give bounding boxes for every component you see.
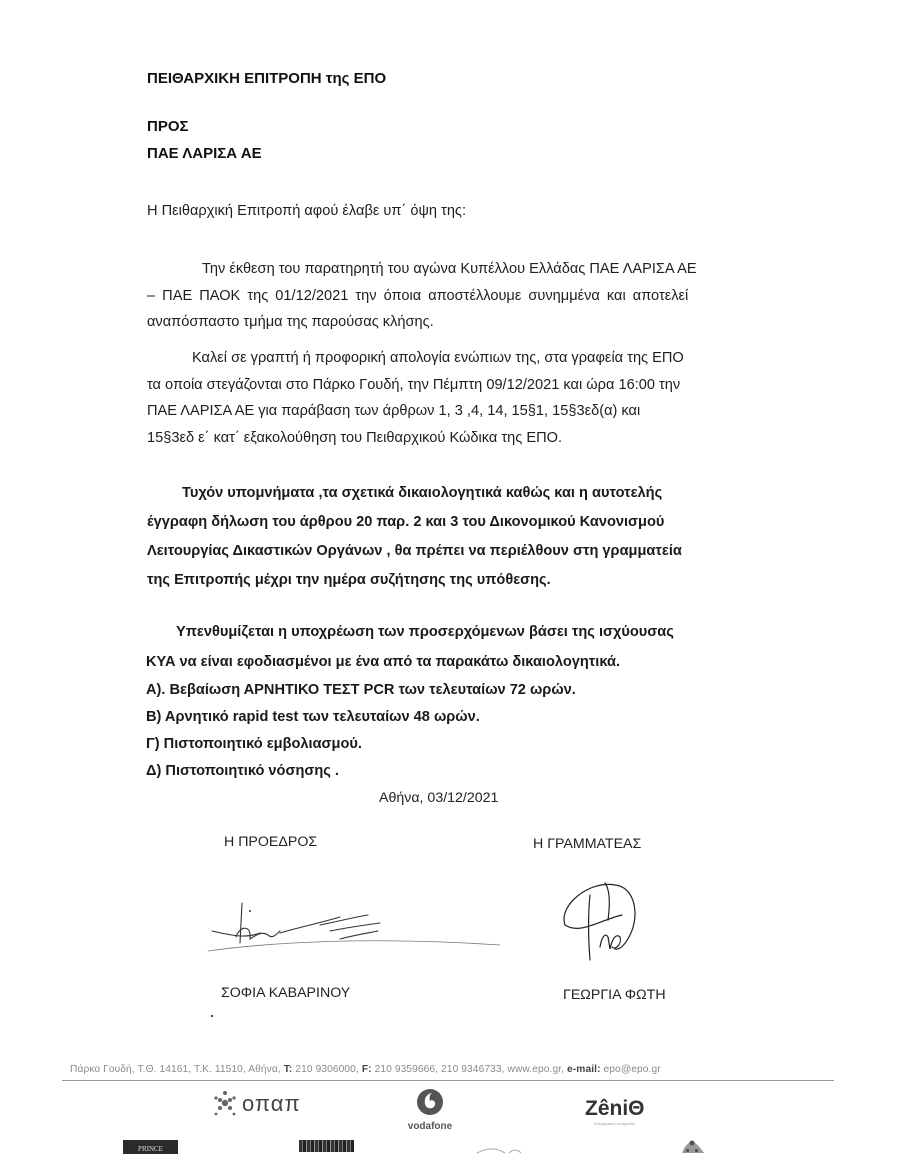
vodafone-logo: vodafone bbox=[405, 1088, 455, 1132]
secretary-title: Η ΓΡΑΜΜΑΤΕΑΣ bbox=[533, 836, 641, 852]
paragraph-memoranda: Τυχόν υπομνήματα ,τα σχετικά δικαιολογητ… bbox=[147, 479, 750, 595]
sponsor-logo-striped bbox=[299, 1140, 354, 1152]
stray-dot bbox=[211, 1015, 213, 1017]
intro-text: Η Πειθαρχική Επιτροπή αφού έλαβε υπ΄ όψη… bbox=[147, 198, 466, 224]
paragraph-line: τα οποία στεγάζονται στο Πάρκο Γουδή, τη… bbox=[147, 372, 747, 399]
vodafone-speechmark-icon bbox=[416, 1088, 444, 1116]
zenith-logo: ZêniΘ Ενεργειακές υπηρεσίες bbox=[585, 1097, 645, 1126]
recipient: ΠΑΕ ΛΑΡΙΣΑ ΑΕ bbox=[147, 145, 262, 162]
paragraph-line: 15§3εδ ε΄ κατ΄ εξακολούθηση του Πειθαρχι… bbox=[147, 425, 747, 452]
to-label: ΠΡΟΣ bbox=[147, 118, 189, 135]
paragraph-line: Τυχόν υπομνήματα ,τα σχετικά δικαιολογητ… bbox=[147, 479, 750, 508]
vodafone-text: vodafone bbox=[405, 1121, 455, 1132]
reminder-line: Υπενθυμίζεται η υποχρέωση των προσερχόμε… bbox=[176, 624, 674, 640]
footer-fax: 210 9359666, 210 9346733, www.epo.gr, bbox=[375, 1064, 565, 1075]
requirement-item: Β) Αρνητικό rapid test των τελευταίων 48… bbox=[146, 709, 480, 725]
prince-text: PRINCE bbox=[138, 1145, 163, 1153]
footer-email: epo@epo.gr bbox=[604, 1064, 661, 1075]
requirement-item: Α). Βεβαίωση ΑΡΝΗΤΙΚΟ ΤΕΣΤ PCR των τελευ… bbox=[146, 682, 576, 698]
president-title: Η ΠΡΟΕΔΡΟΣ bbox=[224, 834, 317, 850]
president-name: ΣΟΦΙΑ ΚΑΒΑΡΙΝΟΥ bbox=[221, 985, 350, 1001]
zenith-text: ZêniΘ bbox=[585, 1097, 645, 1121]
paragraph-line: της Επιτροπής μέχρι την ημέρα συζήτησης … bbox=[147, 566, 750, 595]
email-label: e-mail: bbox=[567, 1064, 601, 1075]
secretary-signature bbox=[560, 875, 650, 965]
place-date: Αθήνα, 03/12/2021 bbox=[379, 790, 498, 806]
opap-star-icon bbox=[212, 1090, 238, 1118]
paragraph-summons: Καλεί σε γραπτή ή προφορική απολογία ενώ… bbox=[147, 345, 747, 451]
footer-phone: 210 9306000, bbox=[295, 1064, 359, 1075]
opap-logo: οπαπ bbox=[212, 1090, 301, 1118]
opap-text: οπαπ bbox=[242, 1091, 301, 1117]
paragraph-line: έγγραφη δήλωση του άρθρου 20 παρ. 2 και … bbox=[147, 508, 750, 537]
paragraph-line: Λειτουργίας Δικαστικών Οργάνων , θα πρέπ… bbox=[147, 537, 750, 566]
phone-label: T: bbox=[284, 1064, 293, 1075]
paragraph-line: – ΠΑΕ ΠΑΟΚ της 01/12/2021 την όποια αποσ… bbox=[147, 283, 747, 310]
paragraph-line: ΠΑΕ ΛΑΡΙΣΑ ΑΕ για παράβαση των άρθρων 1,… bbox=[147, 398, 747, 425]
paragraph-report: Την έκθεση του παρατηρητή του αγώνα Κυπέ… bbox=[147, 256, 747, 336]
requirement-item: Γ) Πιστοποιητικό εμβολιασμού. bbox=[146, 736, 362, 752]
paragraph-line: αναπόσπαστο τμήμα της παρούσας κλήσης. bbox=[147, 309, 747, 336]
prince-logo: PRINCE bbox=[123, 1140, 178, 1154]
committee-heading: ΠΕΙΘΑΡΧΙΚΗ ΕΠΙΤΡΟΠΗ της ΕΠΟ bbox=[147, 70, 386, 87]
sponsor-logo-faint bbox=[475, 1145, 525, 1155]
footer-divider bbox=[62, 1080, 834, 1081]
sponsor-logo-emblem bbox=[678, 1137, 708, 1155]
fax-label: F: bbox=[362, 1064, 372, 1075]
zenith-tagline: Ενεργειακές υπηρεσίες bbox=[585, 1121, 645, 1126]
requirement-item: Δ) Πιστοποιητικό νόσησης . bbox=[146, 763, 339, 779]
secretary-name: ΓΕΩΡΓΙΑ ΦΩΤΗ bbox=[563, 987, 666, 1003]
president-signature bbox=[200, 895, 500, 955]
footer-contact: Πάρκο Γουδή, Τ.Θ. 14161, Τ.Κ. 11510, Αθή… bbox=[70, 1064, 661, 1075]
footer-address: Πάρκο Γουδή, Τ.Θ. 14161, Τ.Κ. 11510, Αθή… bbox=[70, 1064, 281, 1075]
paragraph-line: Την έκθεση του παρατηρητή του αγώνα Κυπέ… bbox=[147, 256, 747, 283]
reminder-line: ΚΥΑ να είναι εφοδιασμένοι με ένα από τα … bbox=[146, 654, 620, 670]
paragraph-line: Καλεί σε γραπτή ή προφορική απολογία ενώ… bbox=[147, 345, 747, 372]
